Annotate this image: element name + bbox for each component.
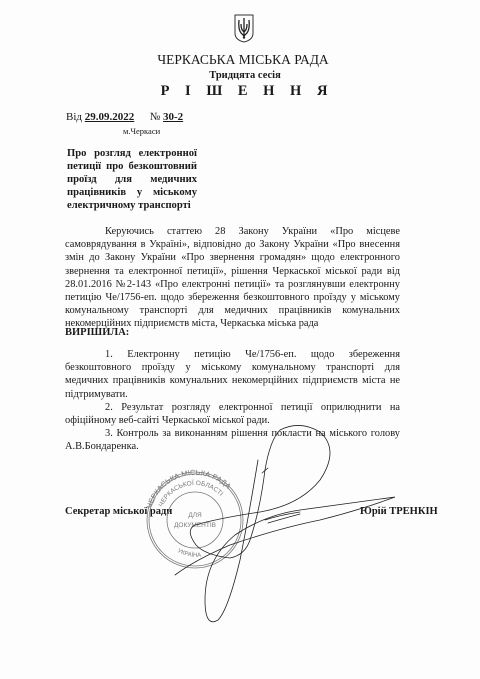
signatory-name: Юрій ТРЕНКІН [360,506,438,517]
item-2-line: офіційному веб-сайті Черкаської міської … [65,414,400,427]
item-3-line: 3. Контроль за виконанням рішення поклас… [65,427,400,440]
subject-line: проїзд для медичних [67,173,197,186]
svg-text:УКРАЇНА: УКРАЇНА [176,548,201,559]
stamp-inner-text: ЧЕРКАСЬКОЇ ОБЛАСТІ [158,479,225,508]
stamp-center-line2: ДОКУМЕНТІВ [174,522,216,529]
stamp-center-line1: ДЛЯ [188,512,202,519]
stamp-outer-text: ЧЕРКАСЬКА МІСЬКА РАДА [145,468,233,510]
subject-line: Про розгляд електронної [67,147,197,160]
resolved-heading: ВИРІШИЛА: [65,327,129,338]
number-label: № [150,111,161,123]
date-number-line: Від 29.09.2022 № 30-2 [66,111,183,123]
city-label: м.Черкаси [123,126,160,136]
preamble-line: звернення та електронної петиції», рішен… [65,265,400,278]
preamble-line: самоврядування в Україні», відповідно до… [65,238,400,251]
preamble-line: 28.01.2016 №2-143 «Про електронні петиці… [65,278,400,291]
handwritten-signature [0,0,480,679]
decision-date: 29.09.2022 [85,111,135,123]
decision-items: 1. Електронну петицію Че/1756-еп. щодо з… [65,348,400,454]
stamp-bottom-text: УКРАЇНА [176,548,201,559]
official-stamp: ЧЕРКАСЬКА МІСЬКА РАДА ЧЕРКАСЬКОЇ ОБЛАСТІ… [0,0,480,679]
council-name: ЧЕРКАСЬКА МІСЬКА РАДА [0,52,480,68]
decision-subject: Про розгляд електронної петиції про безк… [67,147,197,212]
signatory-position: Секретар міської ради [65,506,172,517]
preamble-line: змін до Закону України «Про звернення гр… [65,251,400,264]
preamble-line: Керуючись статтею 28 Закону України «Про… [65,225,400,238]
subject-line: електричному транспорті [67,199,197,212]
svg-text:ЧЕРКАСЬКОЇ ОБЛАСТІ: ЧЕРКАСЬКОЇ ОБЛАСТІ [158,479,225,508]
item-3-line: А.В.Бондаренка. [65,440,400,453]
subject-line: працівників у міському [67,186,197,199]
subject-line: петиції про безкоштовний [67,160,197,173]
item-1-line: медичних працівників комунальних некомер… [65,374,400,387]
preamble-line: комунальному транспорті для медичних пра… [65,304,400,317]
item-2-line: 2. Результат розгляду електронної петиці… [65,401,400,414]
item-1-line: безкоштовного проїзду у міському комунал… [65,361,400,374]
coat-of-arms-icon [233,13,255,43]
from-label: Від [66,111,82,123]
preamble-line: петицію Че/1756-еп. щодо збереження безк… [65,291,400,304]
session-title: Тридцята сесія [0,70,480,81]
item-1-line: підтримувати. [65,388,400,401]
document-page: ЧЕРКАСЬКА МІСЬКА РАДА Тридцята сесія Р І… [0,0,480,679]
document-type-title: Р І Ш Е Н Н Я [0,83,480,100]
decision-number: 30-2 [163,111,183,123]
svg-text:ЧЕРКАСЬКА МІСЬКА РАДА: ЧЕРКАСЬКА МІСЬКА РАДА [145,468,233,510]
item-1-line: 1. Електронну петицію Че/1756-еп. щодо з… [65,348,400,361]
preamble-paragraph: Керуючись статтею 28 Закону України «Про… [65,225,400,331]
